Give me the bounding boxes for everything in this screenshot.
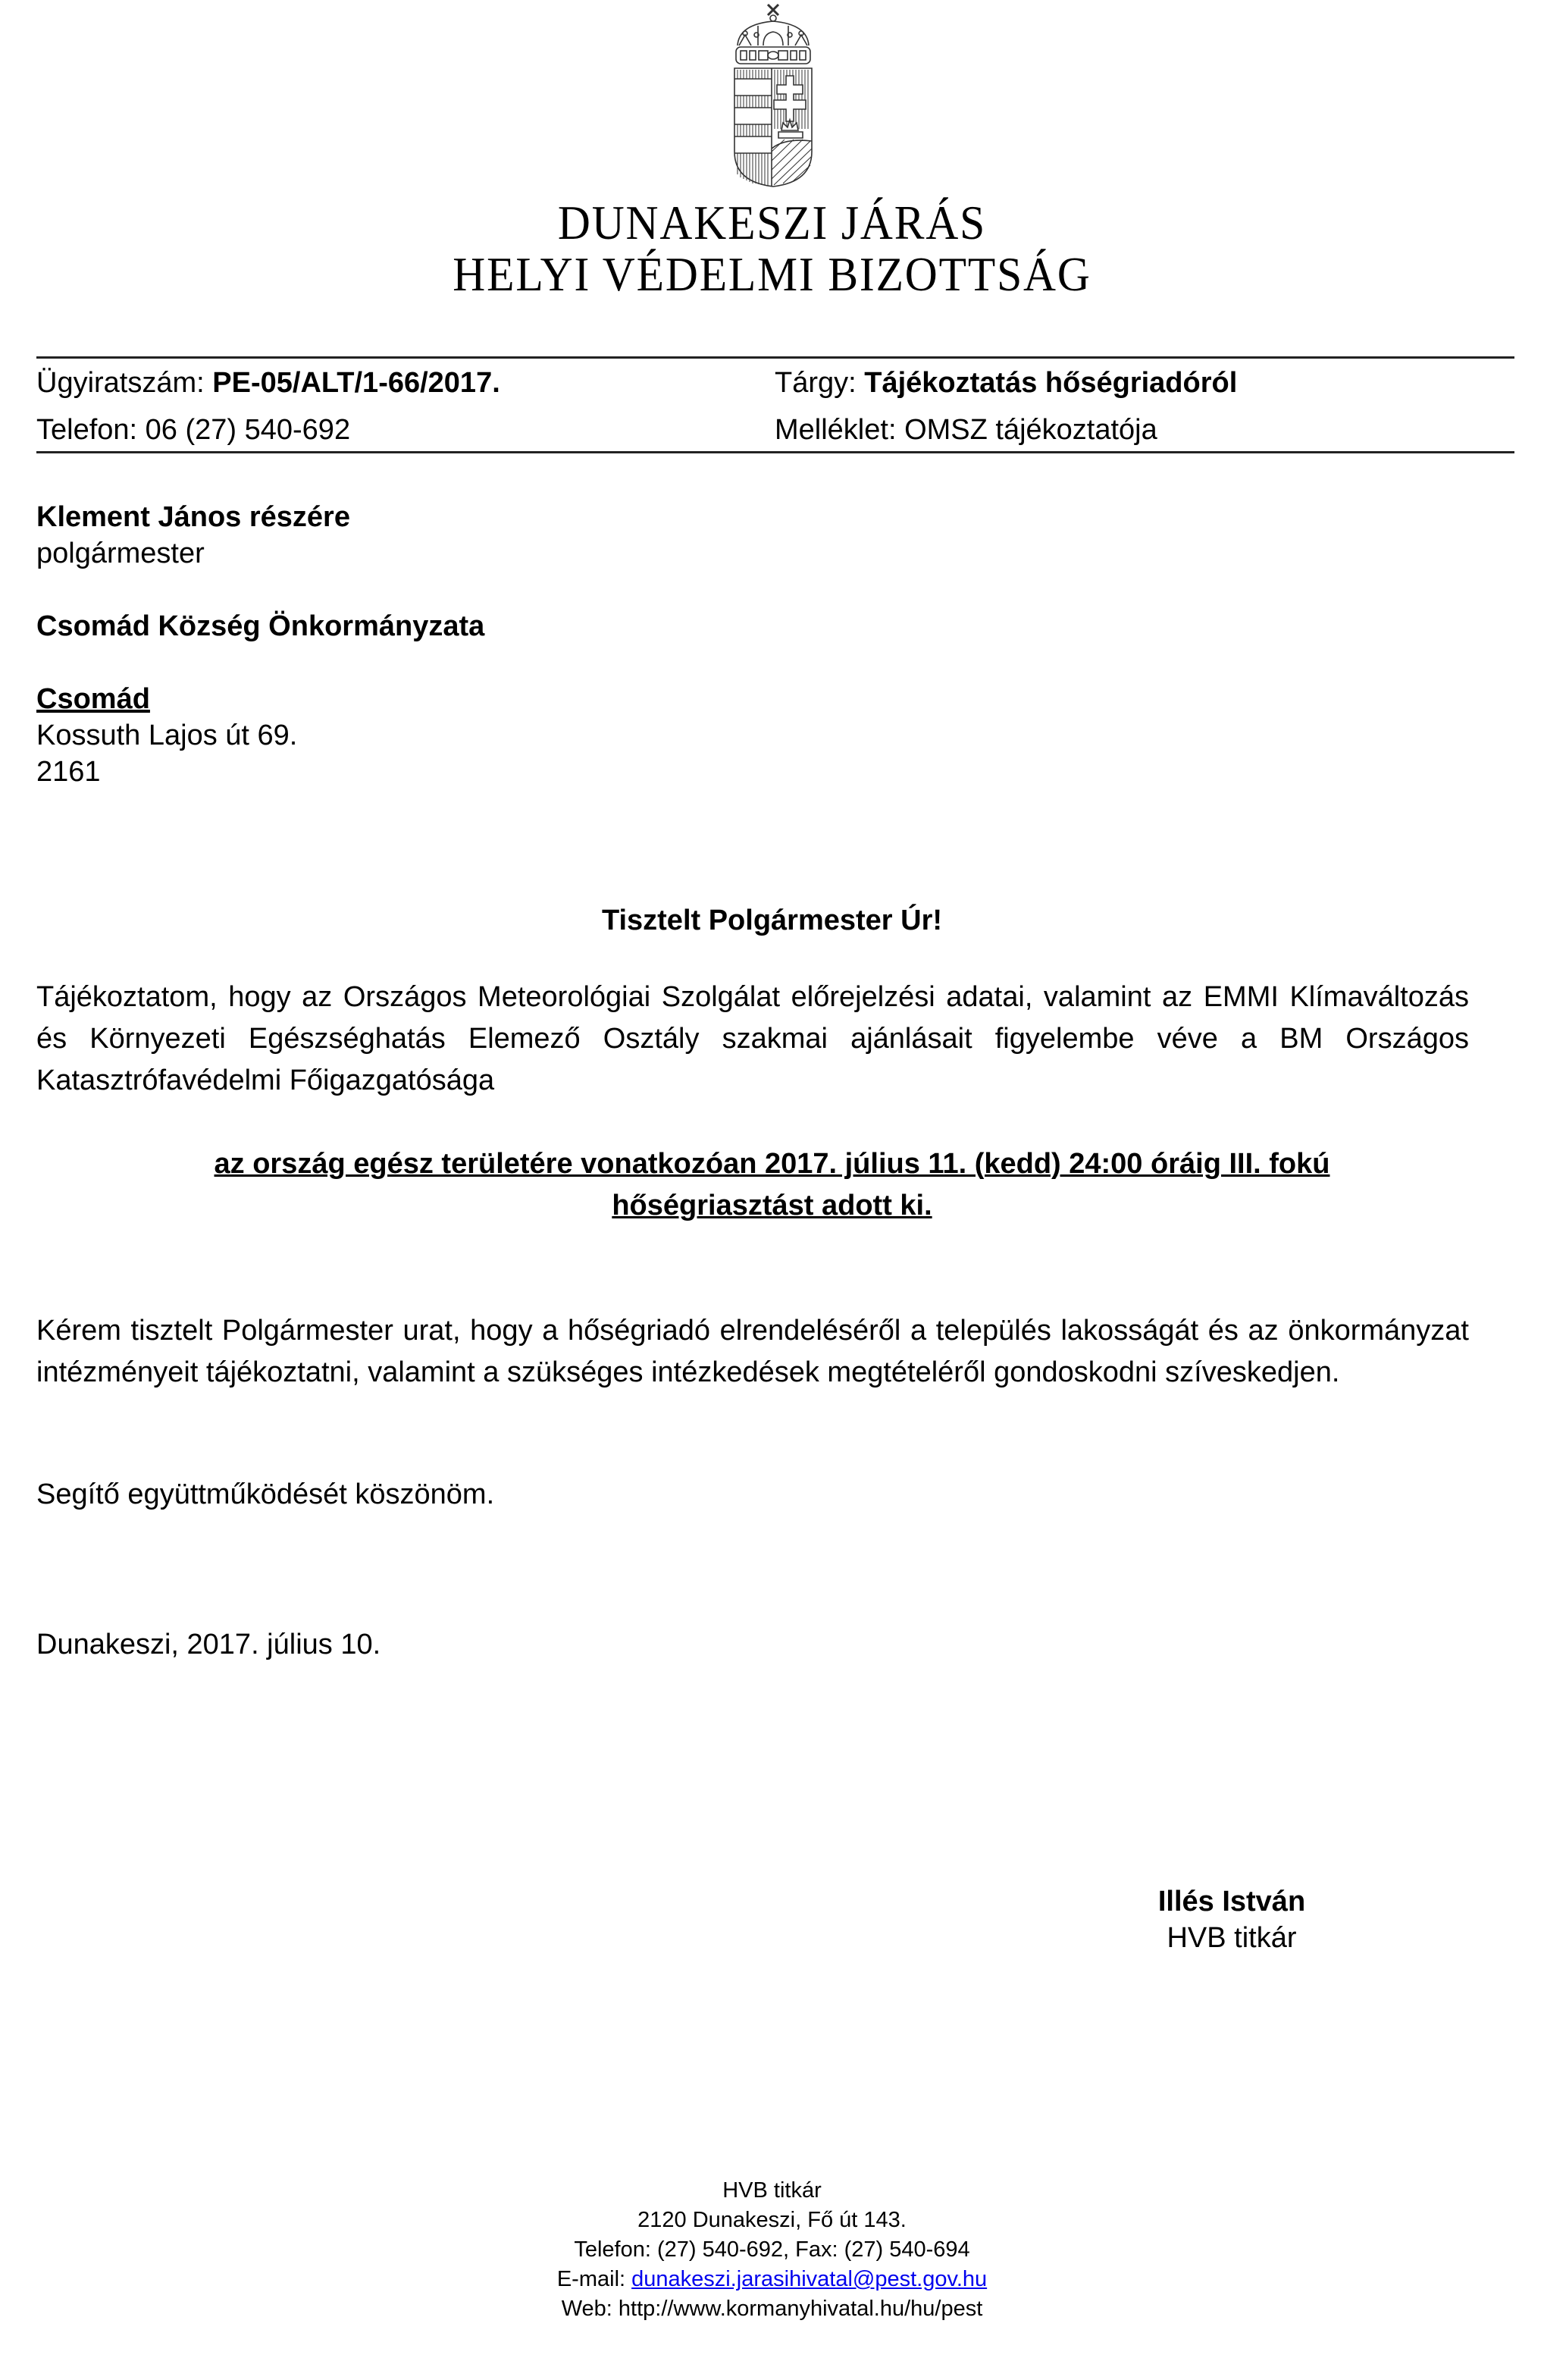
decision-statement: az ország egész területére vonatkozóan 2… [0, 1143, 1544, 1227]
attachment-label: Melléklet: [775, 414, 897, 446]
phone-label: Telefon: [36, 414, 137, 446]
phone: Telefon: 06 (27) 540-692 [36, 415, 350, 444]
footer-email-link[interactable]: dunakeszi.jarasihivatal@pest.gov.hu [631, 2267, 987, 2291]
recipient-street: Kossuth Lajos út 69. [36, 717, 297, 754]
decision-line-1: az ország egész területére vonatkozóan 2… [0, 1143, 1544, 1185]
footer: HVB titkár 2120 Dunakeszi, Fő út 143. Te… [0, 2176, 1544, 2324]
subject: Tárgy: Tájékoztatás hőségriadóról [775, 368, 1237, 397]
subject-value: Tájékoztatás hőségriadóról [864, 367, 1237, 399]
attachment-value: OMSZ tájékoztatója [904, 414, 1157, 446]
footer-address: 2120 Dunakeszi, Fő út 143. [0, 2206, 1544, 2235]
recipient-organization: Csomád Község Önkormányzata [36, 608, 484, 644]
footer-email: E-mail: dunakeszi.jarasihivatal@pest.gov… [0, 2265, 1544, 2294]
attachment: Melléklet: OMSZ tájékoztatója [775, 415, 1157, 444]
place-date: Dunakeszi, 2017. július 10. [36, 1629, 381, 1661]
coat-of-arms-icon [724, 0, 822, 190]
recipient-title: polgármester [36, 535, 205, 572]
paragraph-intro: Tájékoztatom, hogy az Országos Meteoroló… [36, 977, 1469, 1102]
closing: Segítő együttműködését köszönöm. [36, 1478, 494, 1511]
org-name-line1: DUNAKESZI JÁRÁS [54, 199, 1489, 247]
case-number-value: PE-05/ALT/1-66/2017. [212, 367, 500, 399]
signatory-name: Illés István [1099, 1883, 1364, 1920]
footer-office: HVB titkár [0, 2176, 1544, 2206]
footer-phone-fax: Telefon: (27) 540-692, Fax: (27) 540-694 [0, 2235, 1544, 2265]
footer-web: Web: http://www.kormanyhivatal.hu/hu/pes… [0, 2294, 1544, 2324]
salutation: Tisztelt Polgármester Úr! [0, 905, 1544, 937]
recipient-zip: 2161 [36, 754, 101, 790]
case-number: Ügyiratszám: PE-05/ALT/1-66/2017. [36, 368, 500, 397]
signatory-title: HVB titkár [1099, 1920, 1364, 1956]
paragraph-request: Kérem tisztelt Polgármester urat, hogy a… [36, 1310, 1469, 1394]
decision-line-2: hőségriasztást adott ki. [0, 1185, 1544, 1227]
case-number-label: Ügyiratszám: [36, 367, 205, 399]
header-divider-top [36, 356, 1514, 359]
recipient-name: Klement János részére [36, 499, 350, 535]
recipient-city: Csomád [36, 681, 150, 717]
footer-email-label: E-mail: [557, 2267, 625, 2291]
header-divider-bottom [36, 451, 1514, 453]
subject-label: Tárgy: [775, 367, 857, 399]
org-name-line2: HELYI VÉDELMI BIZOTTSÁG [54, 250, 1489, 299]
phone-value: 06 (27) 540-692 [146, 414, 350, 446]
